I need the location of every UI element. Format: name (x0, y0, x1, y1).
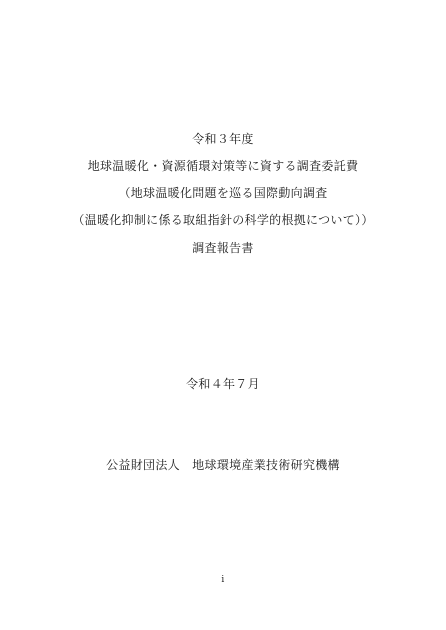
report-type: 調査報告書 (0, 241, 446, 255)
publication-date: 令和４年７月 (0, 377, 446, 391)
page-number: i (0, 573, 446, 587)
organization: 公益財団法人 地球環境産業技術研究機構 (0, 458, 446, 472)
title-sub-2: （温暖化抑制に係る取組指針の科学的根拠について）） (0, 213, 446, 227)
title-main: 地球温暖化・資源循環対策等に資する調査委託費 (0, 159, 446, 173)
title-sub-1: （地球温暖化問題を巡る国際動向調査 (0, 186, 446, 200)
fiscal-year: 令和３年度 (0, 132, 446, 146)
